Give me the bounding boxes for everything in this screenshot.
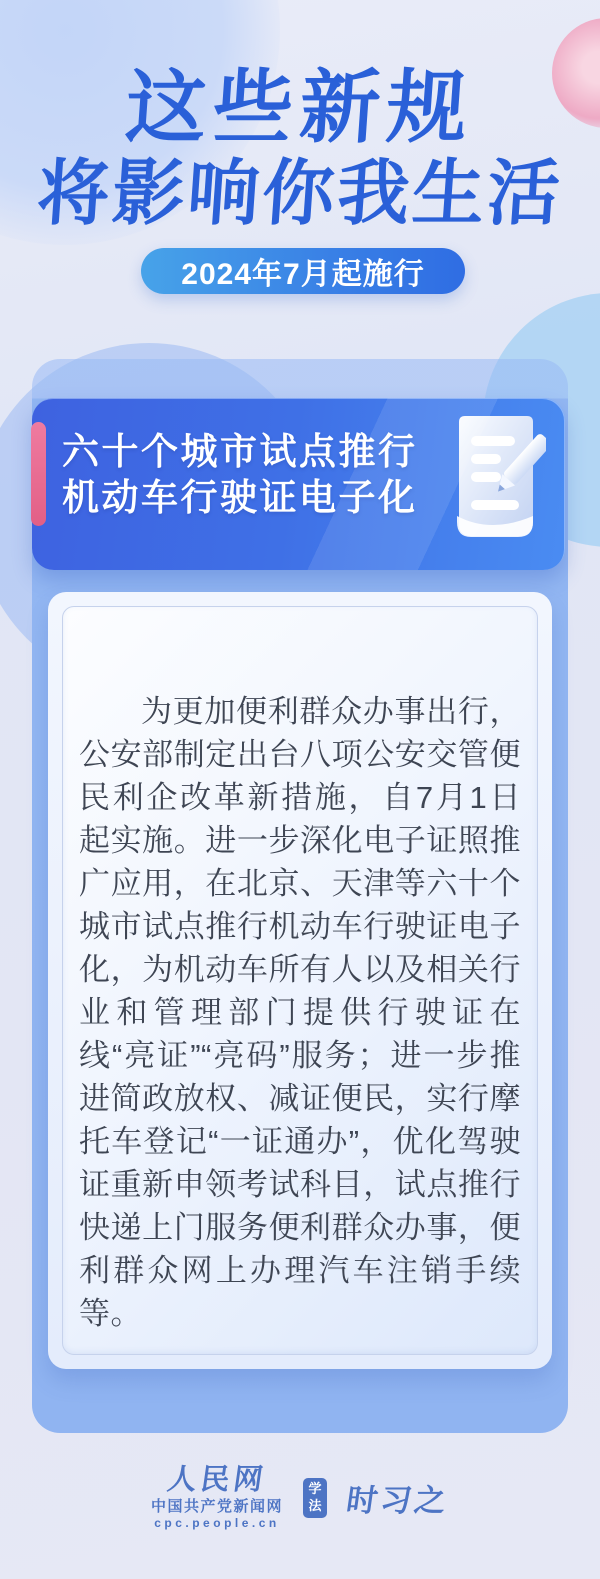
xuefa-badge-top: 学 <box>308 1481 321 1497</box>
article-paragraph: 为更加便利群众办事出行，公安部制定出台八项公安交管便民利企改革新措施，自7月1日… <box>63 607 537 1335</box>
section-banner-title-line2: 机动车行驶证电子化 <box>62 477 418 518</box>
document-pencil-icon <box>441 410 546 555</box>
article-card-inner: 为更加便利群众办事出行，公安部制定出台八项公安交管便民利企改革新措施，自7月1日… <box>62 606 538 1355</box>
poster-title-line2: 将影响你我生活 <box>0 158 600 230</box>
article-card: 为更加便利群众办事出行，公安部制定出台八项公安交管便民利企改革新措施，自7月1日… <box>48 592 552 1369</box>
poster-title-line1: 这些新规 <box>0 68 600 148</box>
effective-date-badge: 2024年7月起施行 <box>141 248 465 294</box>
section-banner-title-line1: 六十个城市试点推行 <box>62 431 418 472</box>
peoples-daily-logo: 人民网 中国共产党新闻网 cpc.people.cn <box>151 1466 283 1529</box>
section-banner: 六十个城市试点推行 机动车行驶证电子化 <box>32 398 565 570</box>
section-banner-title: 六十个城市试点推行 机动车行驶证电子化 <box>62 429 418 521</box>
xuefa-badge: 学 法 <box>303 1478 327 1518</box>
banner-accent-bar <box>31 422 46 526</box>
shixizhi-logo: 时习之 <box>344 1475 452 1520</box>
peoples-daily-subtitle: 中国共产党新闻网 <box>151 1499 283 1514</box>
footer: 人民网 中国共产党新闻网 cpc.people.cn 学 法 时习之 <box>0 1466 600 1529</box>
xuefa-badge-bottom: 法 <box>308 1498 321 1514</box>
peoples-daily-script: 人民网 <box>149 1466 285 1495</box>
peoples-daily-url: cpc.people.cn <box>151 1517 283 1529</box>
poster: 这些新规 将影响你我生活 2024年7月起施行 六十个城市试点推行 机动车行驶证… <box>0 0 600 1579</box>
